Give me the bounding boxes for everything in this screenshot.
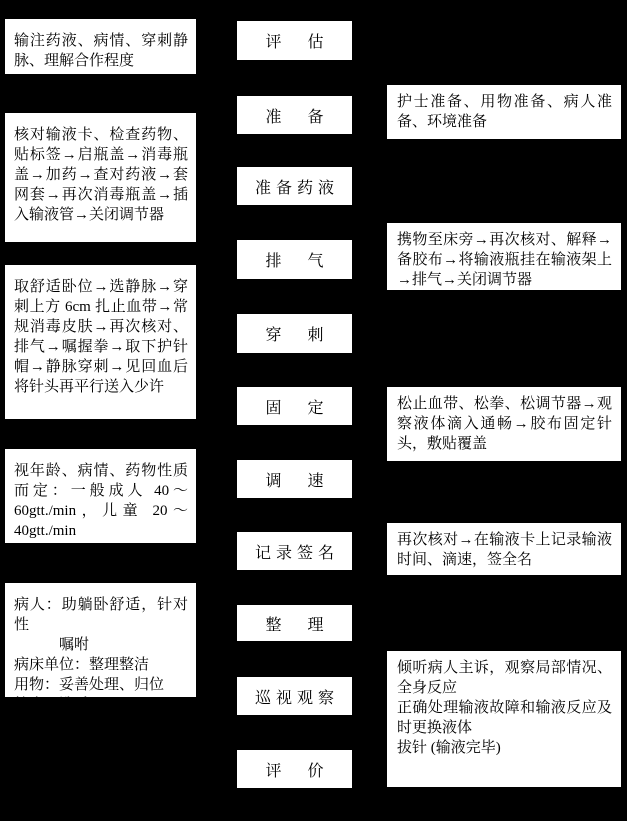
step-vent-air: 排 气 [236, 239, 353, 280]
step-fixation: 固 定 [236, 386, 353, 426]
step-patrol-observe: 巡视观察 [236, 676, 353, 716]
step-puncture: 穿 刺 [236, 313, 353, 354]
note-record-sign-content: 再次核对→在输液卡上记录输液时间、滴速，签全名 [386, 522, 622, 576]
note-tidy-up-content: 病人：助躺卧舒适，针对性 嘱咐 病床单位：整理整洁 用物：妥善处理、归位 护士：… [4, 582, 197, 698]
step-assess: 评 估 [236, 20, 353, 61]
note-patrol-observe-content: 倾听病人主诉，观察局部情况、全身反应 正确处理输液故障和输液反应及时更换液体 拔… [386, 650, 622, 788]
step-prepare-solution: 准备药液 [236, 166, 353, 206]
note-prepare-solution-content: 核对输液卡、检查药物、贴标签→启瓶盖→消毒瓶盖→加药→查对药液→套网套→再次消毒… [4, 112, 197, 243]
iv-infusion-flowchart: 输注药液、病情、穿刺静脉、理解合作程度 核对输液卡、检查药物、贴标签→启瓶盖→消… [0, 0, 627, 821]
note-puncture-content: 取舒适卧位→选静脉→穿刺上方 6cm 扎止血带→常规消毒皮肤→再次核对、排气→嘱… [4, 264, 197, 420]
step-tidy-up: 整 理 [236, 604, 353, 642]
step-prepare: 准 备 [236, 95, 353, 135]
note-assess-content: 输注药液、病情、穿刺静脉、理解合作程度 [4, 18, 197, 75]
note-adjust-speed-content: 视年龄、病情、药物性质而定：一般成人 40～60gtt./min，儿童 20～4… [4, 448, 197, 544]
note-prepare-content: 护士准备、用物准备、病人准备、环境准备 [386, 84, 622, 140]
note-fixation-content: 松止血带、松拳、松调节器→观察液体滴入通畅→胶布固定针头，敷贴覆盖 [386, 386, 622, 462]
note-vent-air-content: 携物至床旁→再次核对、解释→备胶布→将输液瓶挂在输液架上→排气→关闭调节器 [386, 222, 622, 291]
step-record-sign: 记录签名 [236, 531, 353, 571]
step-evaluate: 评 价 [236, 749, 353, 789]
step-adjust-speed: 调 速 [236, 459, 353, 499]
